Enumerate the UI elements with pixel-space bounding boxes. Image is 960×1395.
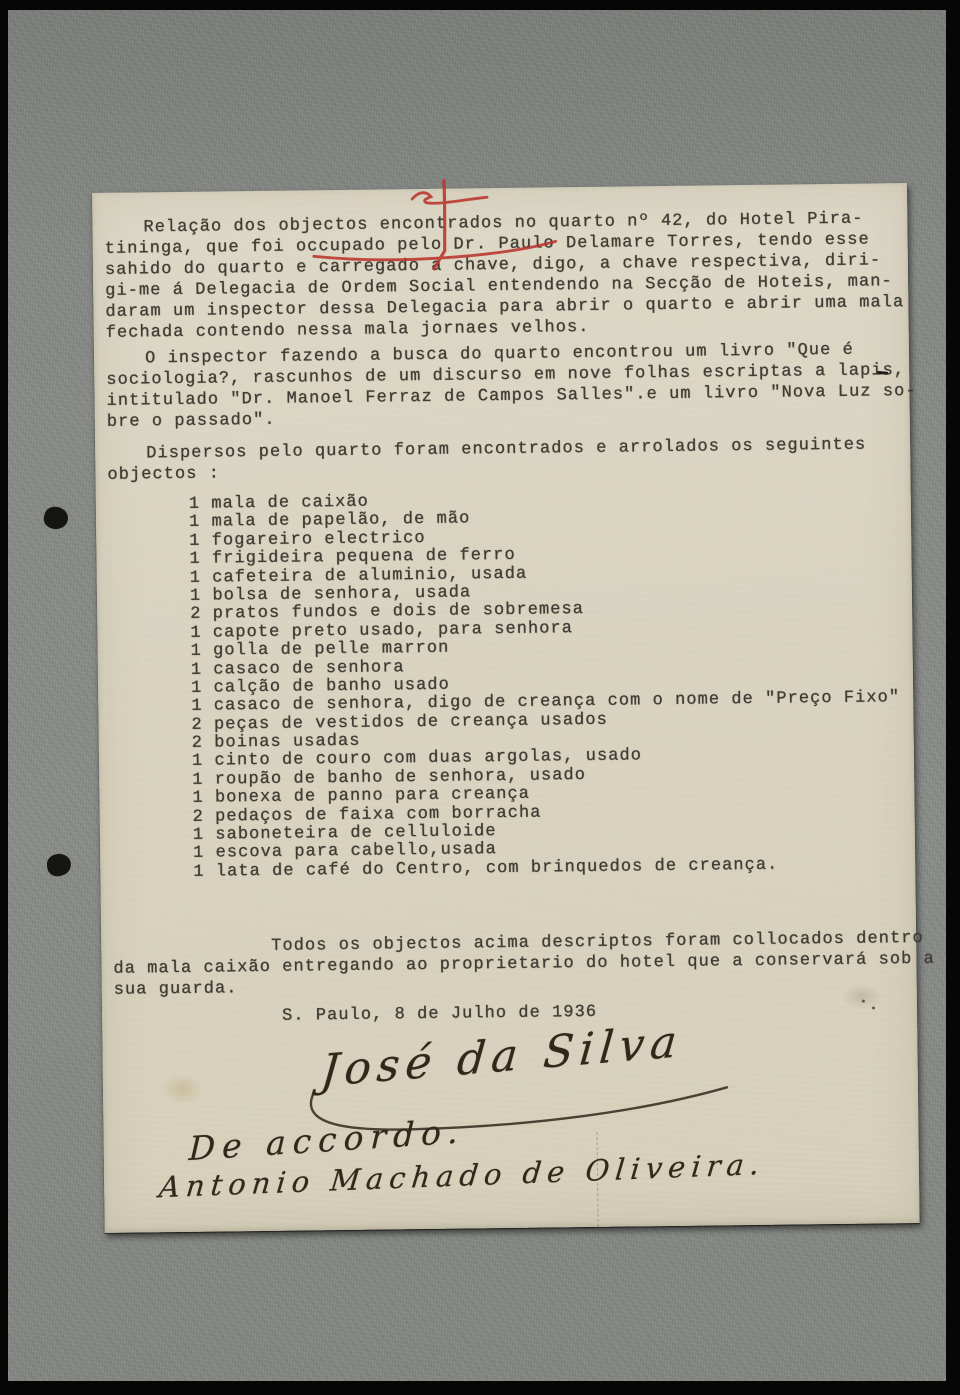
signature-primary: José da Silva <box>319 1016 685 1097</box>
date-line: S. Paulo, 8 de Julho de 1936 <box>102 998 917 1029</box>
pen-dot-mark <box>872 1006 875 1009</box>
pen-dot-mark <box>862 1000 865 1003</box>
hole-punch-dot <box>46 852 73 877</box>
paper-stain <box>161 1074 203 1105</box>
inspection-paragraph: O inspector fazendo a busca do quarto en… <box>94 339 910 433</box>
inventory-list: 1 mala de caixão1 mala de papelão, de mã… <box>96 487 916 883</box>
hole-punch-dot <box>42 505 70 532</box>
opening-paragraph: Relação dos objectos encontrados no quar… <box>92 208 908 344</box>
mount-board: Relação dos objectos encontrados no quar… <box>8 10 946 1381</box>
document-paper: Relação dos objectos encontrados no quar… <box>92 183 920 1233</box>
closing-paragraph: Todos os objectos acima descriptos foram… <box>101 928 917 1001</box>
list-intro-paragraph: Dispersos pelo quarto foram encontrados … <box>95 434 910 486</box>
